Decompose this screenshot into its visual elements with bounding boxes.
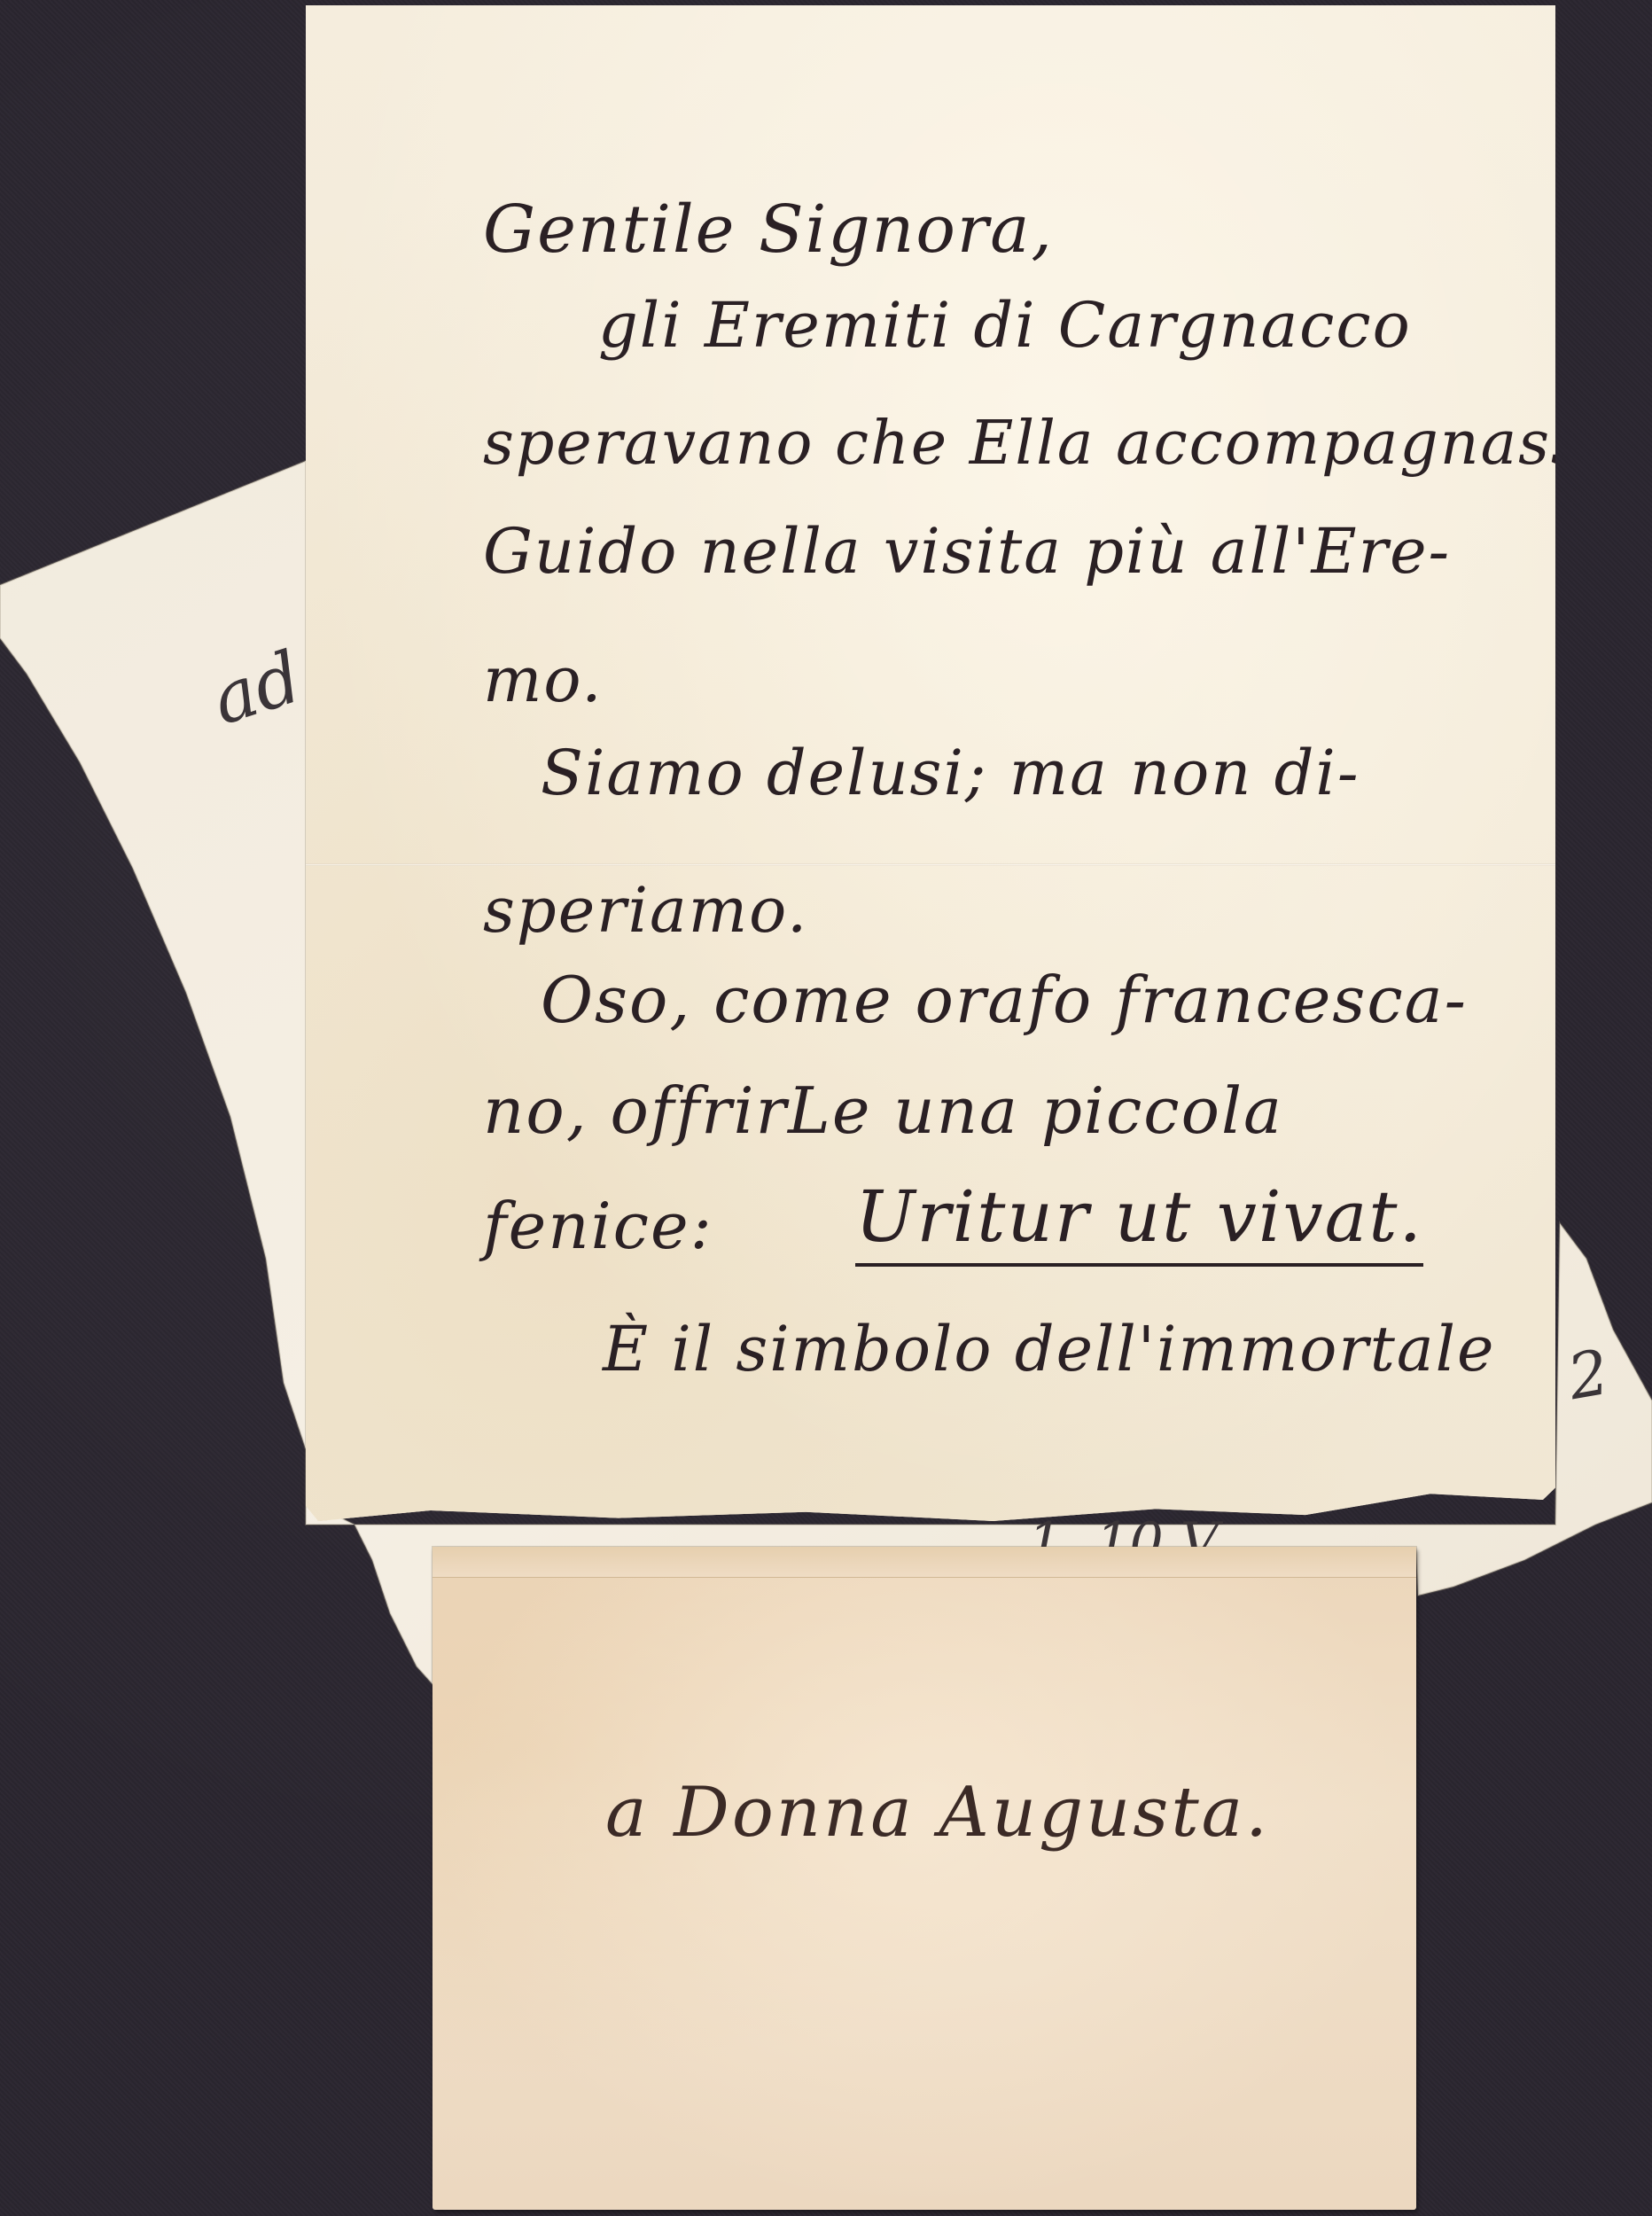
letter-page: Gentile Signora, gli Eremiti di Cargnacc… xyxy=(306,5,1555,1521)
letter-line: mo. xyxy=(483,644,604,716)
letter-body: Gentile Signora, gli Eremiti di Cargnacc… xyxy=(306,5,1555,1521)
letter-line: Siamo delusi; ma non di- xyxy=(541,737,1360,809)
letter-salutation: Gentile Signora, xyxy=(483,191,1054,268)
letter-motto: Uritur ut vivat. xyxy=(855,1175,1423,1267)
letter-line: Guido nella visita più all'Ere- xyxy=(483,515,1451,588)
letter-line: fenice: xyxy=(483,1189,713,1263)
envelope: a Donna Augusta. xyxy=(432,1547,1416,2210)
letter-line: speriamo. xyxy=(483,874,808,947)
letter-line: gli Eremiti di Cargnacco xyxy=(598,289,1412,362)
letter-line: È il simbolo dell'immortale xyxy=(603,1313,1495,1385)
envelope-flap xyxy=(432,1547,1416,1578)
letter-line: Oso, come orafo francesca- xyxy=(541,963,1468,1037)
letter-line: no, offrirLe una piccola xyxy=(483,1073,1283,1148)
envelope-address: a Donna Augusta. xyxy=(605,1773,1270,1853)
letter-line: speravano che Ella accompagnasse xyxy=(483,409,1621,479)
